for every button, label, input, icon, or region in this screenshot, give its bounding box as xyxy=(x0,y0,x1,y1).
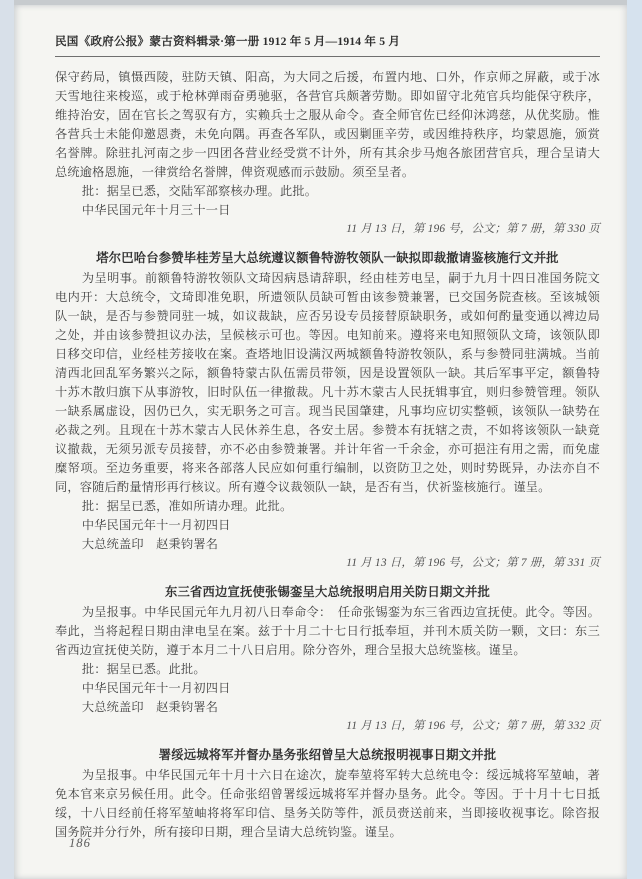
signature-line: 大总统盖印 赵秉钧署名 xyxy=(55,698,600,717)
document-section-continued: 保守药局，镇慑西陵，驻防天镇、阳高，为大同之后援，布置内地、口外，作京师之屏蔽，… xyxy=(55,68,600,239)
approval-line: 批：据呈已悉，准如所请办理。此批。 xyxy=(55,497,600,516)
body-paragraph: 为呈报事。中华民国元年九月初八日奉命令： 任命张锡銮为东三省西边宣抚使。此令。等… xyxy=(55,603,600,660)
running-header: 民国《政府公报》蒙古资料辑录·第一册 1912 年 5 月—1914 年 5 月 xyxy=(55,33,600,57)
section-heading: 署绥远城将军并督办垦务张绍曾呈大总统报明视事日期文并批 xyxy=(55,746,600,765)
document-section: 塔尔巴哈台参赞毕桂芳呈大总统遵议额鲁特游牧领队一缺拟即裁撤请鉴核施行文并批 为呈… xyxy=(55,249,600,573)
citation-line: 11 月 13 日，第 196 号，公文；第 7 册，第 332 页 xyxy=(55,717,600,736)
body-paragraph: 为呈明事。前额鲁特游牧领队文琦因病恳请辞职，经由桂芳电呈，嗣于九月十四日准国务院… xyxy=(55,269,600,497)
signature-line: 大总统盖印 赵秉钧署名 xyxy=(55,535,600,554)
citation-line: 11 月 13 日，第 196 号，公文；第 7 册，第 331 页 xyxy=(55,554,600,573)
date-line: 中华民国元年十月三十一日 xyxy=(55,201,600,220)
approval-line: 批：据呈已悉，交陆军部察核办理。此批。 xyxy=(55,182,600,201)
scan-edge-left xyxy=(0,0,14,879)
book-title: 民国《政府公报》蒙古资料辑录·第一册 1912 年 5 月—1914 年 5 月 xyxy=(55,33,600,49)
page-content: 民国《政府公报》蒙古资料辑录·第一册 1912 年 5 月—1914 年 5 月… xyxy=(55,33,600,842)
document-section: 署绥远城将军并督办垦务张绍曾呈大总统报明视事日期文并批 为呈报事。中华民国元年十… xyxy=(55,746,600,842)
approval-line: 批：据呈已悉。此批。 xyxy=(55,660,600,679)
date-line: 中华民国元年十一月初四日 xyxy=(55,679,600,698)
section-heading: 东三省西边宣抚使张锡銮呈大总统报明启用关防日期文并批 xyxy=(55,583,600,602)
body-paragraph: 为呈报事。中华民国元年十月十六日在途次，旋奉堃将军转大总统电令：绥远城将军堃岫，… xyxy=(55,766,600,842)
date-line: 中华民国元年十一月初四日 xyxy=(55,516,600,535)
scan-edge-right xyxy=(627,0,642,879)
page-body: 保守药局，镇慑西陵，驻防天镇、阳高，为大同之后援，布置内地、口外，作京师之屏蔽，… xyxy=(55,68,600,842)
body-paragraph: 保守药局，镇慑西陵，驻防天镇、阳高，为大同之后援，布置内地、口外，作京师之屏蔽，… xyxy=(55,68,600,182)
page-number: 186 xyxy=(69,836,91,851)
section-heading: 塔尔巴哈台参赞毕桂芳呈大总统遵议额鲁特游牧领队一缺拟即裁撤请鉴核施行文并批 xyxy=(55,249,600,268)
scanned-page: 民国《政府公报》蒙古资料辑录·第一册 1912 年 5 月—1914 年 5 月… xyxy=(14,5,627,879)
citation-line: 11 月 13 日，第 196 号，公文；第 7 册，第 330 页 xyxy=(55,220,600,239)
document-section: 东三省西边宣抚使张锡銮呈大总统报明启用关防日期文并批 为呈报事。中华民国元年九月… xyxy=(55,583,600,736)
